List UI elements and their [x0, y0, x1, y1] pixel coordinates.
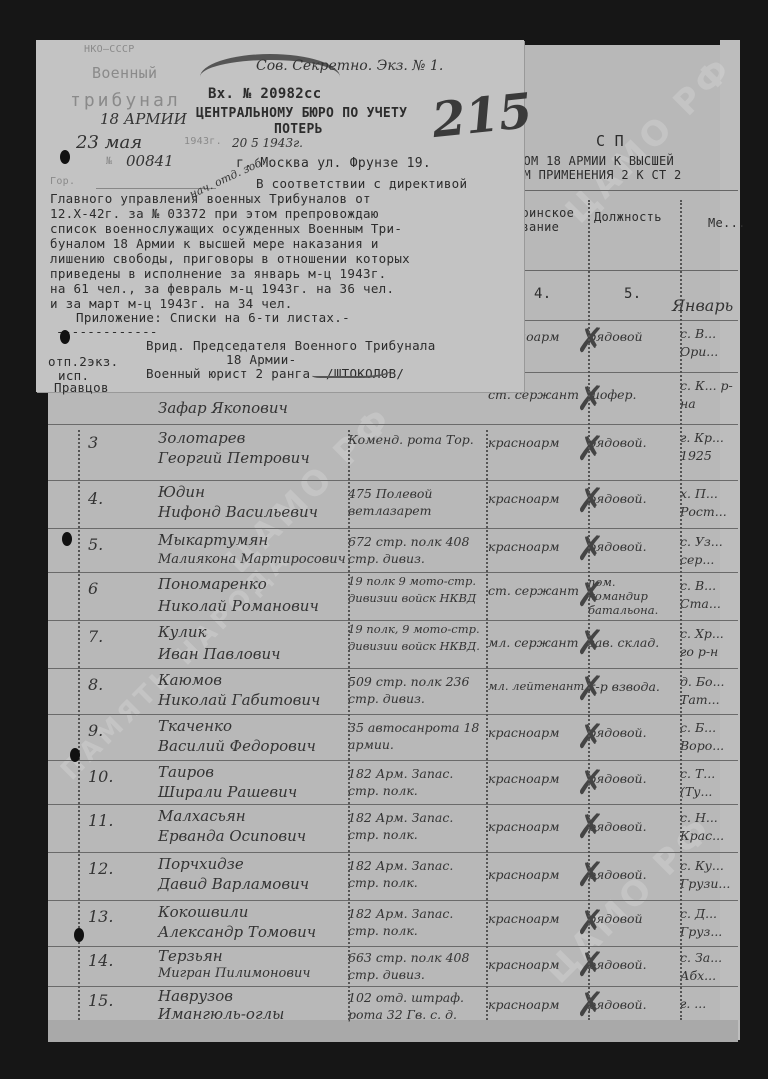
check-mark-icon: ✗ [576, 763, 605, 803]
given-name-cell: Ерванда Осипович [158, 825, 348, 847]
check-mark-icon: ✗ [576, 529, 605, 569]
letter-date: 23 мая [76, 132, 142, 153]
body-line: на 61 чел., за февраль м-ц 1943г. на 36 … [50, 281, 394, 296]
check-mark-icon: ✗ [576, 855, 605, 895]
check-mark-icon: ✗ [576, 807, 605, 847]
cover-letter: НКО—СССР Военный трибунал 18 АРМИИ 23 ма… [36, 40, 524, 392]
org-line-4: 18 АРМИИ [100, 110, 187, 128]
rank-cell: красноарм [488, 957, 588, 972]
body-line: список военнослужащих осужденных Военным… [50, 221, 402, 236]
surname-cell: Мыкартумян [158, 529, 348, 551]
signatory-rank: Военный юрист 2 ранга [146, 366, 310, 381]
place-cell: с. За... Абх... [680, 949, 740, 985]
body-line: Главного управления военных Трибуналов о… [50, 191, 371, 206]
given-name-cell: Николай Романович [158, 595, 348, 617]
unit-cell: 475 Полевой ветлазарет [348, 485, 488, 519]
table-row: 8. Каюмов Николай Габитович 509 стр. пол… [48, 668, 738, 715]
given-name-cell: Имангюль-оглы [158, 1003, 348, 1025]
org-line-3: трибунал [70, 90, 181, 111]
column-header-place: Ме... [708, 216, 746, 230]
check-mark-icon: ✗ [576, 575, 605, 615]
place-cell: с. Ку... Грузи... [680, 857, 740, 893]
surname-cell: Порчхидзе [158, 853, 348, 875]
letter-number: 00841 [126, 152, 174, 170]
check-mark-icon: ✗ [576, 985, 605, 1025]
row-number: 15. [88, 991, 113, 1010]
unit-cell: 35 автосанрота 18 армии. [348, 719, 488, 753]
column-index-4: 4. [534, 286, 551, 302]
check-mark-icon: ✗ [576, 481, 605, 521]
check-mark-icon: ✗ [576, 379, 605, 419]
surname-cell: Таиров [158, 761, 348, 783]
unit-cell: 182 Арм. Запас. стр. полк. [348, 857, 488, 891]
rank-cell: красноарм [488, 819, 588, 834]
place-cell: с. Б... Воро... [680, 719, 740, 755]
unit-cell: 182 Арм. Запас. стр. полк. [348, 765, 488, 799]
surname-cell: Юдин [158, 481, 348, 503]
stamp-date: 20 5 1943г. [232, 136, 303, 150]
body-line: лишению свободы, приговоры в отношении к… [50, 251, 410, 266]
signature-scribble [312, 356, 392, 378]
table-row: 4. Юдин Нифонд Васильевич 475 Полевой ве… [48, 480, 738, 529]
surname-cell: Пономаренко [158, 573, 348, 595]
row-number: 3 [88, 433, 98, 452]
body-line: В соответствии с директивой [256, 176, 467, 191]
rank-cell: красноарм [488, 725, 588, 740]
column-header-rank: Воинское звание [514, 206, 584, 234]
attachment-note: Приложение: Списки на 6-ти листах.- [76, 310, 350, 325]
place-cell: с. Д... Груз... [680, 905, 740, 941]
place-cell: д. Бо... Тат... [680, 673, 740, 709]
rank-cell: мл. сержант [488, 635, 588, 650]
table-row: 11. Малхасьян Ерванда Осипович 182 Арм. … [48, 804, 738, 853]
table-row: 9. Ткаченко Василий Федорович 35 автосан… [48, 714, 738, 761]
given-name-cell: Александр Томович [158, 921, 348, 943]
given-name-cell: Малиякона Мартиросович [158, 549, 348, 571]
row-number: 12. [88, 859, 113, 878]
rank-cell: ст. сержант [488, 583, 588, 598]
place-cell: с. В... Ста... [680, 577, 740, 613]
row-number: 7. [88, 627, 103, 646]
unit-cell: 182 Арм. Запас. стр. полк. [348, 905, 488, 939]
punch-hole [60, 150, 70, 164]
given-name-cell: Николай Габитович [158, 689, 348, 711]
check-mark-icon: ✗ [576, 429, 605, 469]
given-name-cell: Василий Федорович [158, 735, 348, 757]
place-cell: х. П... Рост... [680, 485, 740, 521]
check-mark-icon: ✗ [576, 945, 605, 985]
unit-cell: 102 отд. штраф. рота 32 Гв. с. д. [348, 989, 488, 1023]
column-header-position: Должность [594, 210, 662, 224]
rank-cell: красноарм [488, 867, 588, 882]
surname-cell: Кулик [158, 621, 348, 643]
check-mark-icon: ✗ [576, 623, 605, 663]
body-line: 12.Х-42г. за № 03372 при этом препровожд… [50, 206, 379, 221]
row-number: 8. [88, 675, 103, 694]
table-row: 12. Порчхидзе Давид Варламович 182 Арм. … [48, 852, 738, 901]
rank-cell: красноарм [488, 539, 588, 554]
table-row: 14. Терзьян Мигран Пилимонович 663 стр. … [48, 946, 738, 987]
surname-cell: Кокошвили [158, 901, 348, 923]
column-separator [588, 200, 590, 1020]
recipient-losses: ПОТЕРЬ [274, 122, 323, 137]
list-title-fragment: С П [596, 132, 624, 150]
table-row: 7. Кулик Иван Павлович 19 полк, 9 мото-с… [48, 620, 738, 669]
row-number: 10. [88, 767, 113, 786]
org-line-1: НКО—СССР [84, 44, 135, 55]
signatory-title-1: Врид. Председателя Военного Трибунала [146, 338, 436, 353]
body-line: приведены в исполнение за январь м-ц 194… [50, 266, 387, 281]
list-subtitle-1: ЛОМ 18 АРМИИ К ВЫСШЕЙ [516, 154, 674, 168]
table-row: 13. Кокошвили Александр Томович 182 Арм.… [48, 900, 738, 947]
place-cell: с. Уз... сер... [680, 533, 740, 569]
rank-cell: красноарм [488, 491, 588, 506]
city-label: Гор. [50, 176, 75, 187]
row-number: 9. [88, 721, 103, 740]
unit-cell: 182 Арм. Запас. стр. полк. [348, 809, 488, 843]
unit-cell: 509 стр. полк 236 стр. дивиз. [348, 673, 488, 707]
check-mark-icon: ✗ [576, 903, 605, 943]
column-index-5: 5. [624, 286, 641, 302]
place-cell: с. К... р-на [680, 377, 740, 413]
table-row: 6 Пономаренко Николай Романович 19 полк … [48, 572, 738, 621]
punch-hole [74, 928, 84, 942]
list-subtitle-2: ЕМ ПРИМЕНЕНИЯ 2 К СТ 2 [516, 168, 682, 182]
separator-line: ------------- [56, 324, 158, 339]
table-row: 3 Золотарев Георгий Петрович Коменд. рот… [48, 424, 738, 481]
divider [512, 190, 738, 191]
row-number: 6 [88, 579, 98, 598]
row-number: 13. [88, 907, 113, 926]
table-row: 15. Наврузов Имангюль-оглы 102 отд. штра… [48, 986, 738, 1027]
given-name-cell: Георгий Петрович [158, 447, 348, 469]
check-mark-icon: ✗ [576, 717, 605, 757]
row-number: 4. [88, 489, 103, 508]
recipient-bureau: ЦЕНТРАЛЬНОМУ БЮРО ПО УЧЕТУ [196, 106, 407, 121]
registration-number: 215 [429, 83, 535, 149]
given-name-cell: Мигран Пилимонович [158, 963, 348, 985]
table-row: 10. Таиров Ширали Рашевич 182 Арм. Запас… [48, 760, 738, 805]
body-line: и за март м-ц 1943г. на 34 чел. [50, 296, 293, 311]
classification: Сов. Секретно. Экз. № 1. [256, 58, 443, 74]
place-cell: с. В... Ори... [680, 325, 740, 361]
executor-name: Правцов [54, 380, 109, 395]
rank-cell: красноарм [488, 435, 588, 450]
unit-cell: 19 полк 9 мото-стр. дивизии войск НКВД [348, 573, 488, 607]
surname-cell: Ткаченко [158, 715, 348, 737]
punch-hole [62, 532, 72, 546]
place-cell: с. Н... Крас... [680, 809, 740, 845]
row-number: 5. [88, 535, 103, 554]
body-line: буналом 18 Армии к высшей мере наказания… [50, 236, 379, 251]
surname-cell: Малхасьян [158, 805, 348, 827]
number-label: № [106, 156, 112, 167]
check-mark-icon: ✗ [576, 321, 605, 361]
column-separator [348, 430, 350, 1020]
place-cell: с. Хр... го р-н [680, 625, 740, 661]
table-row: 5. Мыкартумян Малиякона Мартиросович 672… [48, 528, 738, 573]
given-name-cell: Давид Варламович [158, 873, 348, 895]
divider [512, 270, 738, 271]
place-cell: г. Кр... 1925 [680, 429, 740, 465]
surname-cell: Золотарев [158, 427, 348, 449]
signatory-title-2: 18 Армии- [226, 352, 296, 367]
letter-year: 1943г. [184, 136, 222, 147]
rank-cell: мл. лейтенант [488, 679, 588, 693]
copies-note: отп.2экз. [48, 354, 118, 369]
column-separator [680, 200, 682, 1020]
unit-cell: 19 полк, 9 мото-стр. дивизии войск НКВД. [348, 621, 488, 655]
unit-cell: 672 стр. полк 408 стр. дивиз. [348, 533, 488, 567]
given-name-cell: Ширали Рашевич [158, 781, 348, 803]
place-cell: г. ... [680, 995, 740, 1013]
rank-cell: красноарм [488, 997, 588, 1012]
row-number: 14. [88, 951, 113, 970]
rank-cell: красноарм [488, 771, 588, 786]
column-separator [486, 430, 488, 1020]
unit-cell: 663 стр. полк 408 стр. дивиз. [348, 949, 488, 983]
punch-hole [60, 330, 70, 344]
place-cell: с. Т... (Ту... [680, 765, 740, 801]
org-line-2: Военный [92, 64, 157, 82]
given-name-cell: Нифонд Васильевич [158, 501, 348, 523]
row-number: 11. [88, 811, 113, 830]
surname-cell: Каюмов [158, 669, 348, 691]
check-mark-icon: ✗ [576, 669, 605, 709]
given-name-cell: Иван Павлович [158, 643, 348, 665]
name-cell: Зафар Якопович [158, 397, 348, 419]
punch-hole [70, 748, 80, 762]
unit-cell: Коменд. рота Тор. [348, 431, 488, 448]
rank-cell: красноарм [488, 911, 588, 926]
incoming-number: Вх. № 20982сс [208, 86, 321, 102]
